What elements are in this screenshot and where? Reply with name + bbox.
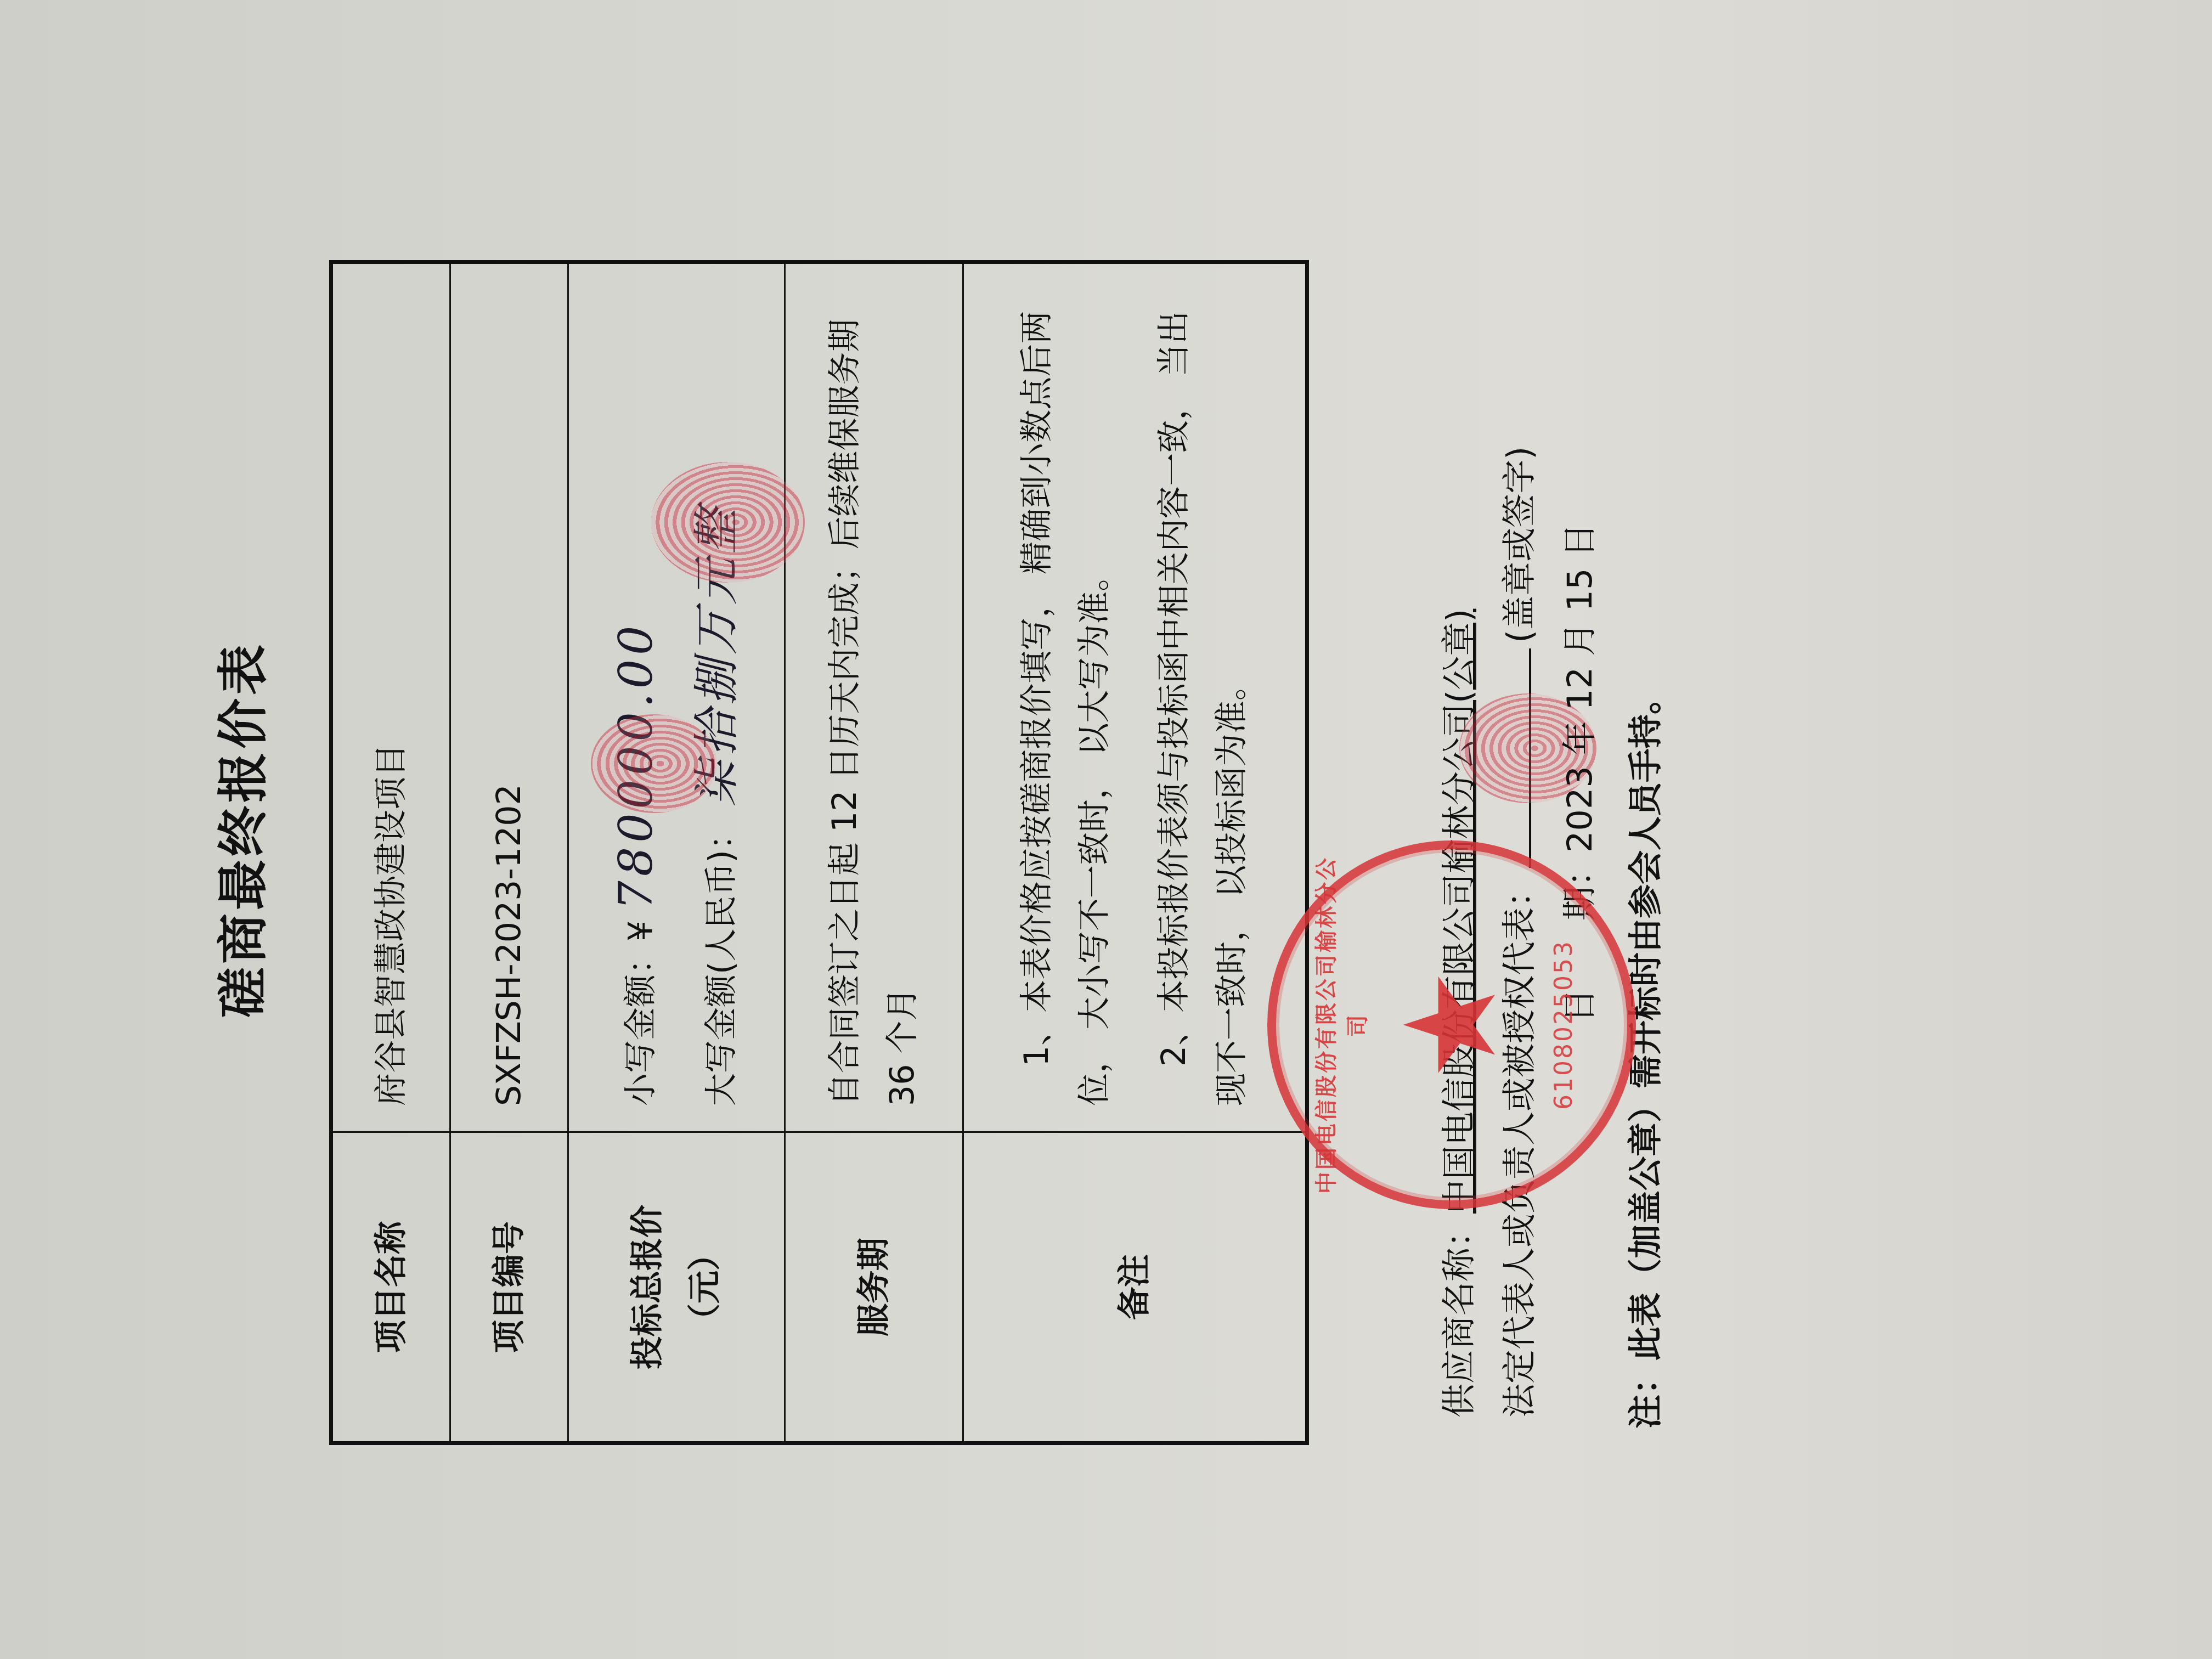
label-remarks: 备注 xyxy=(963,1132,1307,1443)
label-project-number: 项目编号 xyxy=(450,1132,568,1443)
value-project-number: SXFZSH-2023-1202 xyxy=(450,262,568,1132)
seal-code: 6108025053 xyxy=(1550,849,1578,1200)
small-amount-label: 小写金额：¥ xyxy=(622,921,660,1106)
page-title: 磋商最终报价表 xyxy=(203,0,275,1659)
small-amount-line: 小写金额：¥ 780000.00 xyxy=(596,286,676,1106)
representative-suffix: (盖章或签字) xyxy=(1499,447,1539,643)
large-amount-line: 大写金额(人民币)： 柒拾捌万元整 xyxy=(676,286,757,1106)
label-project-name: 项目名称 xyxy=(331,1132,450,1443)
quotation-table: 项目名称 府谷县智慧政协建设项目 项目编号 SXFZSH-2023-1202 投… xyxy=(329,260,1309,1445)
label-total-bid-unit: （元） xyxy=(676,1133,734,1441)
seal-text: 中国电信股份有限公司榆林分公司 xyxy=(1309,849,1372,1200)
value-project-name: 府谷县智慧政协建设项目 xyxy=(331,262,450,1132)
value-total-bid: 小写金额：¥ 780000.00 大写金额(人民币)： 柒拾捌万元整 xyxy=(568,262,785,1132)
company-seal: 中国电信股份有限公司榆林分公司 ★ 6108025053 xyxy=(1267,840,1636,1209)
value-service-period: 自合同签订之日起 12 日历天内完成；后续维保服务期 36 个月 xyxy=(785,262,963,1132)
table-row: 服务期 自合同签订之日起 12 日历天内完成；后续维保服务期 36 个月 xyxy=(785,262,963,1443)
remark-2: 2、本投标报价表须与投标函中相关内容一致， 当出现不一致时， 以投标函为准。 xyxy=(1145,286,1261,1106)
label-total-bid: 投标总报价 （元） xyxy=(568,1132,785,1443)
table-row: 备注 1、本表价格应按磋商报价填写， 精确到小数点后两位， 大小写不一致时， 以… xyxy=(963,262,1307,1443)
table-row: 项目名称 府谷县智慧政协建设项目 xyxy=(331,262,450,1443)
label-service-period: 服务期 xyxy=(785,1132,963,1443)
fingerprint-small-amount xyxy=(591,714,717,813)
value-remarks: 1、本表价格应按磋商报价填写， 精确到小数点后两位， 大小写不一致时， 以大写为… xyxy=(963,262,1307,1132)
remark-1: 1、本表价格应按磋商报价填写， 精确到小数点后两位， 大小写不一致时， 以大写为… xyxy=(1008,286,1124,1106)
large-amount-label: 大写金额(人民币)： xyxy=(702,817,741,1106)
table-row: 项目编号 SXFZSH-2023-1202 xyxy=(450,262,568,1443)
table-row: 投标总报价 （元） 小写金额：¥ 780000.00 大写金额(人民币)： 柒拾… xyxy=(568,262,785,1443)
fingerprint-large-amount xyxy=(651,462,805,583)
star-icon: ★ xyxy=(1389,968,1515,1081)
label-total-bid-main: 投标总报价 xyxy=(619,1133,676,1441)
quotation-form-page: 磋商最终报价表 项目名称 府谷县智慧政协建设项目 项目编号 SXFZSH-202… xyxy=(0,0,2212,1659)
supplier-label: 供应商名称： xyxy=(1439,1214,1479,1418)
date-value: 2023 年 12 月 15 日 xyxy=(1560,523,1600,853)
